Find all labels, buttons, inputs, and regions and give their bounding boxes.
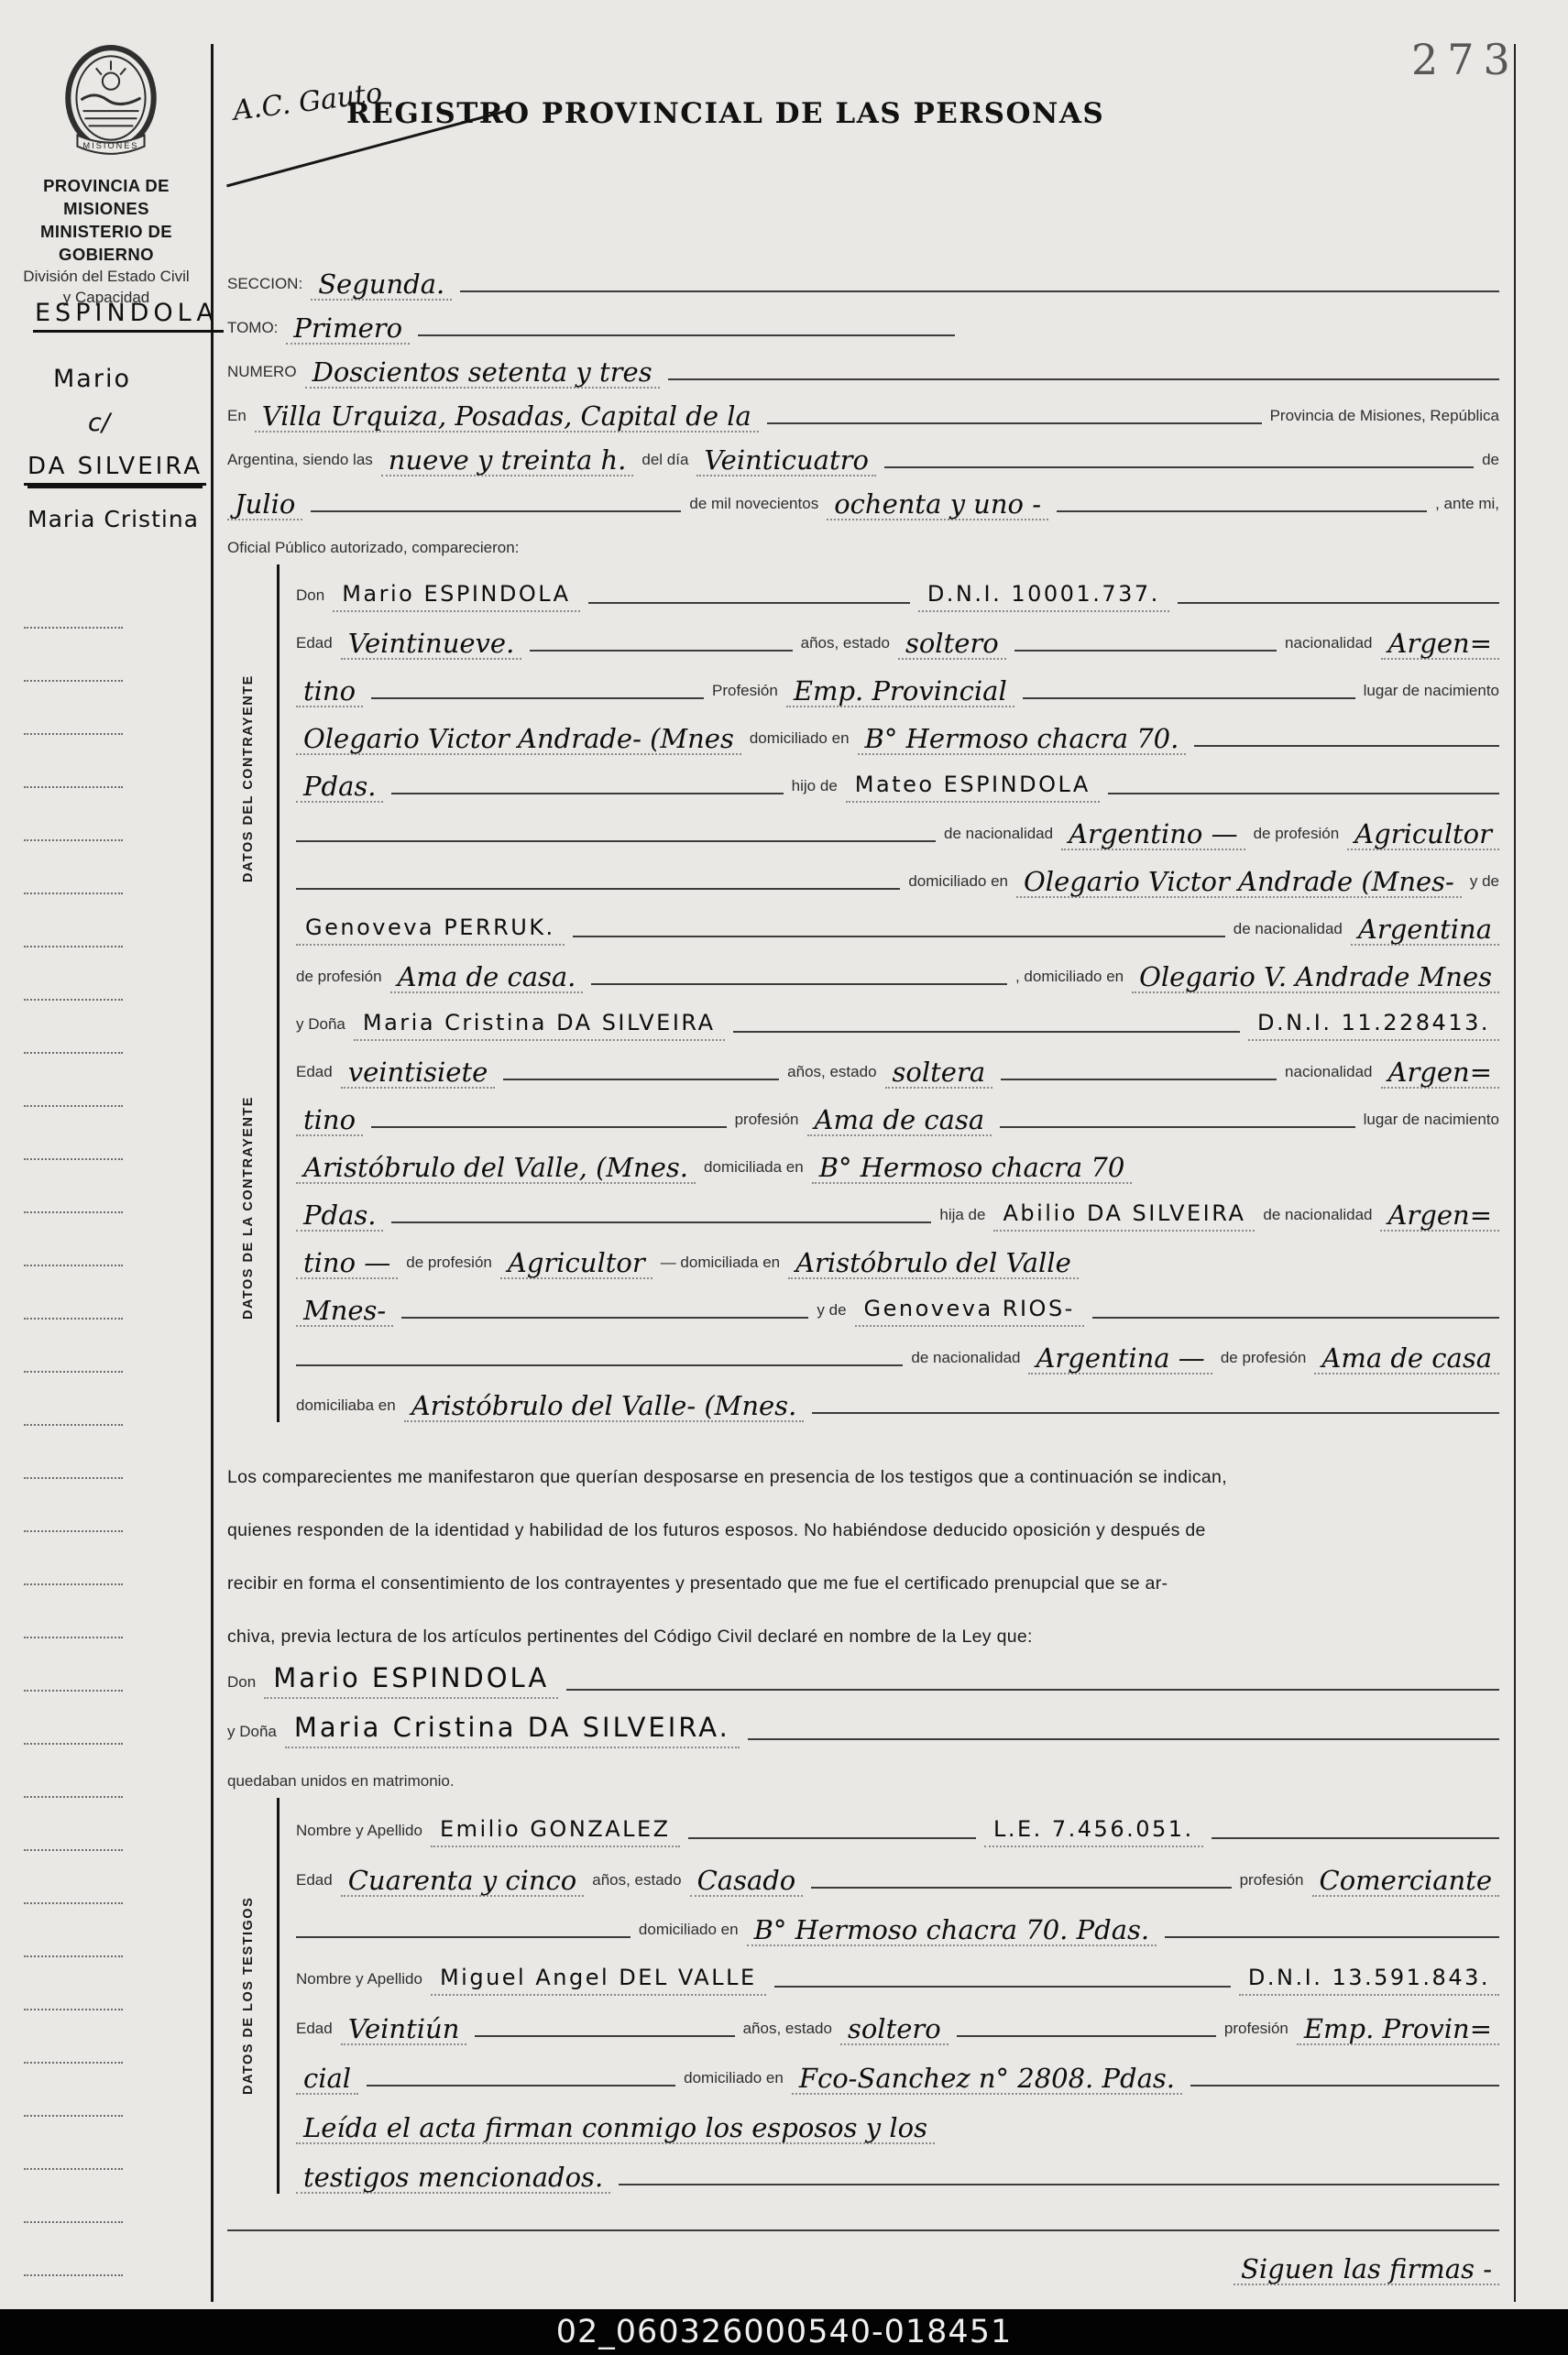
fill-line [1178,602,1499,604]
handwritten-text: Veintiún [341,2015,467,2045]
handwritten-text: Ama de casa. [390,963,584,993]
ruled-line [24,1320,123,1373]
printed-label: domiciliado en [639,1921,739,1946]
fill-line [1023,697,1355,699]
printed-label: años, estado [787,1063,876,1089]
form-line: Pdas.hija deAbilio DA SILVEIRAde naciona… [296,1184,1499,1232]
form-line: Mnes-y deGenoveva RIOS- [296,1279,1499,1327]
agency-line: División del Estado Civil [5,266,207,287]
printed-label: de profesión [1221,1349,1307,1375]
ruled-line [24,1904,123,1957]
section-bride: DATOS DE LA CONTRAYENTE y DoñaMaria Cris… [227,993,1499,1422]
handwritten-text: veintisiete [341,1058,496,1089]
printed-label: domiciliado en [908,872,1008,898]
printed-label: de nacionalidad [1234,920,1343,946]
ruled-line [24,2170,123,2223]
document-page: 273 MISIONES PROVINCIA DE MISIONES MINIS… [0,0,1568,2355]
handwritten-text: B° Hermoso chacra 70. [858,725,1187,755]
ruled-line [24,1001,123,1054]
form-line: tino —de profesiónAgricultor— domiciliad… [296,1232,1499,1279]
printed-label: hijo de [792,777,838,803]
fill-line [391,1221,931,1223]
fill-line [296,1364,903,1366]
fill-line [1001,1079,1277,1080]
fill-line [371,1126,727,1128]
fill-line [1212,1837,1499,1839]
handwritten-text: soltera [885,1058,993,1089]
ruled-line [24,841,123,894]
fill-line [296,840,936,842]
form-line: NUMERODoscientos setenta y tres [227,345,1499,389]
form-line: Edadveintisieteaños, estadosolteranacion… [296,1041,1499,1089]
printed-label: y de [817,1301,846,1327]
handwritten-text: Siguen las firmas - [1234,2255,1499,2285]
handwritten-text: Argen= [1380,1201,1499,1232]
fill-line [371,697,704,699]
fill-line [503,1079,779,1080]
form-line: Olegario Victor Andrade- (Mnesdomiciliad… [296,707,1499,755]
handwritten-text: Emp. Provincial [786,677,1014,707]
printed-label: años, estado [801,634,890,660]
ruled-line [24,1585,123,1638]
handwritten-name: Emilio GONZALEZ [431,1816,680,1847]
printed-label: de nacionalidad [944,825,1053,850]
handwritten-name: L.E. 7.456.051. [984,1816,1203,1847]
form-line: Oficial Público autorizado, compareciero… [227,520,1499,564]
handwritten-text: Villa Urquiza, Posadas, Capital de la [255,402,759,433]
fill-line [767,422,1262,424]
form-line: Aristóbrulo del Valle, (Mnes.domiciliada… [296,1136,1499,1184]
handwritten-text: Emp. Provin= [1297,2015,1499,2045]
form-line: testigos mencionados. [296,2144,1499,2194]
handwritten-text: Veintinueve. [341,630,522,660]
printed-label: Nombre y Apellido [296,1970,422,1996]
printed-label: de nacionalidad [1263,1206,1372,1232]
ruled-line [24,629,123,682]
groom-section-label: DATOS DEL CONTRAYENTE [229,572,268,986]
form-left-border [211,44,214,2302]
registry-form: A.C. Gauto REGISTRO PROVINCIAL DE LAS PE… [227,55,1499,2285]
form-body: SECCION:Segunda.TOMO:PrimeroNUMERODoscie… [227,257,1499,2285]
fill-line [1165,1936,1499,1938]
form-line: EdadVeintiúnaños, estadosolteroprofesión… [296,1996,1499,2045]
printed-label: Profesión [712,682,778,707]
form-line: Argentina, siendo lasnueve y treinta h.d… [227,433,1499,476]
handwritten-text: Primero [286,314,410,345]
ruled-line [24,947,123,1001]
handwritten-text: Aristóbrulo del Valle [788,1249,1079,1279]
handwritten-text: Olegario V. Andrade Mnes [1132,963,1499,993]
printed-label: Provincia de Misiones, República [1270,407,1499,433]
fill-line [418,334,954,336]
ruled-line [24,788,123,841]
form-line: y DoñaMaria Cristina DA SILVEIRAD.N.I. 1… [296,993,1499,1041]
section-witnesses: DATOS DE LOS TESTIGOS Nombre y ApellidoE… [227,1798,1499,2194]
form-line: SECCION:Segunda. [227,257,1499,301]
printed-label: y Doña [227,1723,277,1748]
form-line [227,2194,1499,2240]
handwritten-text: Aristóbrulo del Valle, (Mnes. [296,1154,696,1184]
ruled-line [24,2223,123,2276]
handwritten-text: Pdas. [296,1201,383,1232]
fill-line [884,466,1474,468]
printed-label: de profesión [296,968,382,993]
form-line: EnVilla Urquiza, Posadas, Capital de laP… [227,389,1499,433]
form-line: domiciliado enB° Hermoso chacra 70. Pdas… [296,1897,1499,1946]
ruled-line [24,1638,123,1692]
form-line: TOMO:Primero [227,301,1499,345]
handwritten-text: Argen= [1381,1058,1500,1089]
printed-label: domiciliaba en [296,1397,396,1422]
form-line: DonMario ESPINDOLAD.N.I. 10001.737. [296,564,1499,612]
ruled-line [24,1373,123,1426]
margin-groom-surname: ESPINDOLA [33,299,224,333]
handwritten-name: Genoveva PERRUK. [296,915,565,946]
form-line: de nacionalidadArgentino —de profesiónAg… [296,803,1499,850]
handwritten-text: Argentino — [1061,820,1245,850]
form-line: quedaban unidos en matrimonio. [227,1748,1499,1798]
ruled-line [24,1798,123,1851]
fill-line [367,2085,675,2087]
section-groom: DATOS DEL CONTRAYENTE DonMario ESPINDOLA… [227,564,1499,993]
ruled-line [24,1692,123,1745]
printed-label: de nacionalidad [911,1349,1020,1375]
agency-line: MINISTERIO DE GOBIERNO [5,220,207,266]
handwritten-text: B° Hermoso chacra 70. Pdas. [747,1916,1157,1946]
ruled-line [24,894,123,947]
ruled-line [24,1532,123,1585]
printed-label: nacionalidad [1285,1063,1372,1089]
handwritten-name: D.N.I. 10001.737. [918,581,1169,612]
fill-line [573,936,1225,937]
form-line: tinoprofesiónAma de casalugar de nacimie… [296,1089,1499,1136]
printed-label: del día [641,451,688,476]
printed-label: Argentina, siendo las [227,451,373,476]
fill-line [733,1031,1241,1033]
ruled-line [24,2117,123,2170]
form-line: de nacionalidadArgentina —de profesiónAm… [296,1327,1499,1375]
handwritten-text: Ama de casa [807,1106,992,1136]
handwritten-name: D.N.I. 11.228413. [1248,1010,1499,1041]
printed-label: de profesión [406,1254,492,1279]
printed-label: de profesión [1254,825,1340,850]
section-closing: Siguen las firmas - [227,2194,1499,2285]
printed-label: Don [296,586,324,612]
handwritten-text: Agricultor [500,1249,652,1279]
handwritten-text: tino [296,677,363,707]
fill-line [1014,650,1277,652]
printed-label: lugar de nacimiento [1364,1111,1499,1136]
fill-line [1108,793,1499,794]
printed-label: de mil novecientos [689,495,818,520]
handwritten-text: soltero [840,2015,948,2045]
fill-line [227,2229,1499,2231]
fill-line [1000,1126,1355,1128]
fill-line [1057,510,1427,512]
handwritten-name: Mateo ESPINDOLA [846,772,1100,803]
form-line: y DoñaMaria Cristina DA SILVEIRA. [227,1699,1499,1748]
paragraph-line: quienes responden de la identidad y habi… [227,1488,1499,1541]
declaration-paragraph: Los comparecientes me manifestaron que q… [227,1435,1499,1648]
printed-label: Edad [296,1871,333,1897]
printed-label: Edad [296,2020,333,2045]
handwritten-name: Maria Cristina DA SILVEIRA [354,1010,725,1041]
fill-line [774,1986,1231,1988]
form-title: REGISTRO PROVINCIAL DE LAS PERSONAS [346,97,1104,130]
printed-label: domiciliada en [704,1158,804,1184]
ruled-line [24,1266,123,1320]
ruled-line [24,735,123,788]
ruled-line [24,682,123,735]
agency-block: PROVINCIA DE MISIONES MINISTERIO DE GOBI… [5,174,207,308]
printed-label: SECCION: [227,275,302,301]
paragraph-line: recibir en forma el consentimiento de lo… [227,1541,1499,1594]
printed-label: , domiciliado en [1015,968,1124,993]
ruled-line [24,1957,123,2010]
form-header: A.C. Gauto REGISTRO PROVINCIAL DE LAS PE… [227,55,1499,165]
agency-line: PROVINCIA DE MISIONES [5,174,207,220]
form-line: domiciliaba enAristóbrulo del Valle- (Mn… [296,1375,1499,1422]
printed-label: años, estado [743,2020,832,2045]
handwritten-name: D.N.I. 13.591.843. [1239,1965,1499,1996]
fill-line [1194,745,1499,747]
fill-line [401,1317,808,1319]
form-line: de profesiónAma de casa., domiciliado en… [296,946,1499,993]
witnesses-section-label: DATOS DE LOS TESTIGOS [229,1805,268,2186]
fill-line [688,1837,976,1839]
form-line: EdadCuarenta y cincoaños, estadoCasadopr… [296,1847,1499,1897]
ruled-line [24,575,123,629]
ruled-line [24,1426,123,1479]
handwritten-name: Maria Cristina DA SILVEIRA. [285,1712,740,1748]
form-line: Juliode mil novecientosochenta y uno -, … [227,476,1499,520]
form-right-border [1514,44,1516,2302]
margin-bride-name: Maria Cristina [27,506,199,532]
printed-label: Nombre y Apellido [296,1822,422,1847]
handwritten-text: Argentina — [1028,1344,1212,1375]
handwritten-text: tino — [296,1249,398,1279]
printed-label: nacionalidad [1285,634,1372,660]
handwritten-text: Casado [690,1867,804,1897]
handwritten-text: Mnes- [296,1297,393,1327]
fill-line [391,793,783,794]
handwritten-text: Argen= [1381,630,1500,660]
ruled-line [24,1107,123,1160]
printed-label: En [227,407,247,433]
handwritten-text: nueve y treinta h. [381,446,634,476]
printed-label: lugar de nacimiento [1364,682,1499,707]
fill-line [311,510,681,512]
ruled-line [24,1851,123,1904]
scan-footer-bar: 02_060326000540-018451 [0,2309,1568,2355]
handwritten-text: ochenta y uno - [827,490,1048,520]
form-line: EdadVeintinueve.años, estadosolteronacio… [296,612,1499,660]
handwritten-text: Veinticuatro [696,446,876,476]
printed-label: años, estado [592,1871,681,1897]
handwritten-name: Mario ESPINDOLA [264,1662,558,1699]
printed-label: y Doña [296,1015,345,1041]
form-line: Leída el acta firman conmigo los esposos… [296,2095,1499,2144]
handwritten-text: Doscientos setenta y tres [305,358,660,389]
handwritten-text: Julio [227,490,302,520]
handwritten-text: Ama de casa [1314,1344,1499,1375]
fill-line [1092,1317,1499,1319]
fill-line [619,2184,1499,2185]
margin-ruling [0,575,211,2329]
form-line: DonMario ESPINDOLA [227,1649,1499,1699]
printed-label: domiciliado en [684,2069,784,2095]
printed-label: NUMERO [227,363,297,389]
ruled-line [24,2064,123,2117]
fill-line [460,290,1499,292]
handwritten-text: Aristóbrulo del Valle- (Mnes. [404,1392,805,1422]
printed-label: y de [1470,872,1499,898]
printed-label: profesión [1224,2020,1288,2045]
printed-label: , ante mi, [1435,495,1499,520]
handwritten-text: Olegario Victor Andrade- (Mnes [296,725,741,755]
ruled-line [24,1054,123,1107]
bride-section-label: DATOS DE LA CONTRAYENTE [229,1001,268,1415]
ruled-line [24,1479,123,1532]
margin-groom-name: Mario [53,365,131,393]
handwritten-text: Leída el acta firman conmigo los esposos… [296,2114,935,2144]
handwritten-text: Olegario Victor Andrade (Mnes- [1016,868,1462,898]
fill-line [591,983,1007,985]
handwritten-text: Comerciante [1312,1867,1499,1897]
handwritten-text: Fco-Sanchez n° 2808. Pdas. [792,2065,1182,2095]
form-line: Siguen las firmas - [227,2240,1499,2285]
margin-versus: c/ [88,409,110,437]
form-line: cialdomiciliado enFco-Sanchez n° 2808. P… [296,2045,1499,2095]
fill-line [296,1936,630,1938]
paragraph-line: chiva, previa lectura de los artículos p… [227,1594,1499,1648]
printed-label: domiciliado en [750,729,850,755]
form-line: Nombre y ApellidoMiguel Angel DEL VALLED… [296,1946,1499,1996]
handwritten-name: Genoveva RIOS- [855,1296,1084,1327]
ruled-line [24,2010,123,2064]
printed-label: — domiciliada en [661,1254,780,1279]
handwritten-name: Mario ESPINDOLA [333,581,579,612]
ruled-line [24,1213,123,1266]
provincial-seal-icon: MISIONES [55,42,167,163]
fill-line [811,1887,1231,1889]
handwritten-text: testigos mencionados. [296,2163,610,2194]
printed-label: TOMO: [227,319,278,345]
handwritten-text: tino [296,1106,363,1136]
handwritten-text: cial [296,2065,358,2095]
scan-reference-code: 02_060326000540-018451 [556,2314,1013,2350]
printed-label: quedaban unidos en matrimonio. [227,1772,455,1798]
printed-label: hija de [939,1206,985,1232]
form-line: domiciliado enOlegario Victor Andrade (M… [296,850,1499,898]
handwritten-name: Miguel Angel DEL VALLE [431,1965,766,1996]
fill-line [748,1738,1499,1740]
handwritten-name: Abilio DA SILVEIRA [993,1200,1255,1232]
section-union: DonMario ESPINDOLAy DoñaMaria Cristina D… [227,1649,1499,1798]
printed-label: Edad [296,634,333,660]
form-line: Pdas.hijo deMateo ESPINDOLA [296,755,1499,803]
handwritten-text: Pdas. [296,772,383,803]
fill-line [812,1412,1499,1414]
handwritten-text: Argentina [1351,915,1499,946]
ruled-line [24,1745,123,1798]
handwritten-text: Segunda. [311,270,452,301]
printed-label: profesión [735,1111,799,1136]
form-line: Nombre y ApellidoEmilio GONZALEZL.E. 7.4… [296,1798,1499,1847]
handwritten-text: Agricultor [1347,820,1499,850]
printed-label: Don [227,1673,256,1699]
printed-label: Oficial Público autorizado, compareciero… [227,539,519,564]
handwritten-text: B° Hermoso chacra 70 [812,1154,1133,1184]
fill-line [475,2035,734,2037]
printed-label: profesión [1240,1871,1304,1897]
ruled-line [24,1160,123,1213]
fill-line [296,888,900,890]
section-preamble: SECCION:Segunda.TOMO:PrimeroNUMERODoscie… [227,257,1499,564]
handwritten-text: Cuarenta y cinco [341,1867,585,1897]
fill-line [668,378,1499,380]
form-line: Genoveva PERRUK.de nacionalidadArgentina [296,898,1499,946]
paragraph-line: Los comparecientes me manifestaron que q… [227,1435,1499,1488]
printed-label: de [1482,451,1499,476]
fill-line [566,1689,1499,1691]
fill-line [957,2035,1216,2037]
form-line: tinoProfesiónEmp. Provinciallugar de nac… [296,660,1499,707]
seal-banner-text: MISIONES [83,141,139,150]
handwritten-text: soltero [898,630,1006,660]
fill-line [530,650,792,652]
margin-bride-surname: DA SILVEIRA [24,453,206,486]
printed-label: Edad [296,1063,333,1089]
fill-line [1190,2085,1499,2087]
fill-line [588,602,910,604]
